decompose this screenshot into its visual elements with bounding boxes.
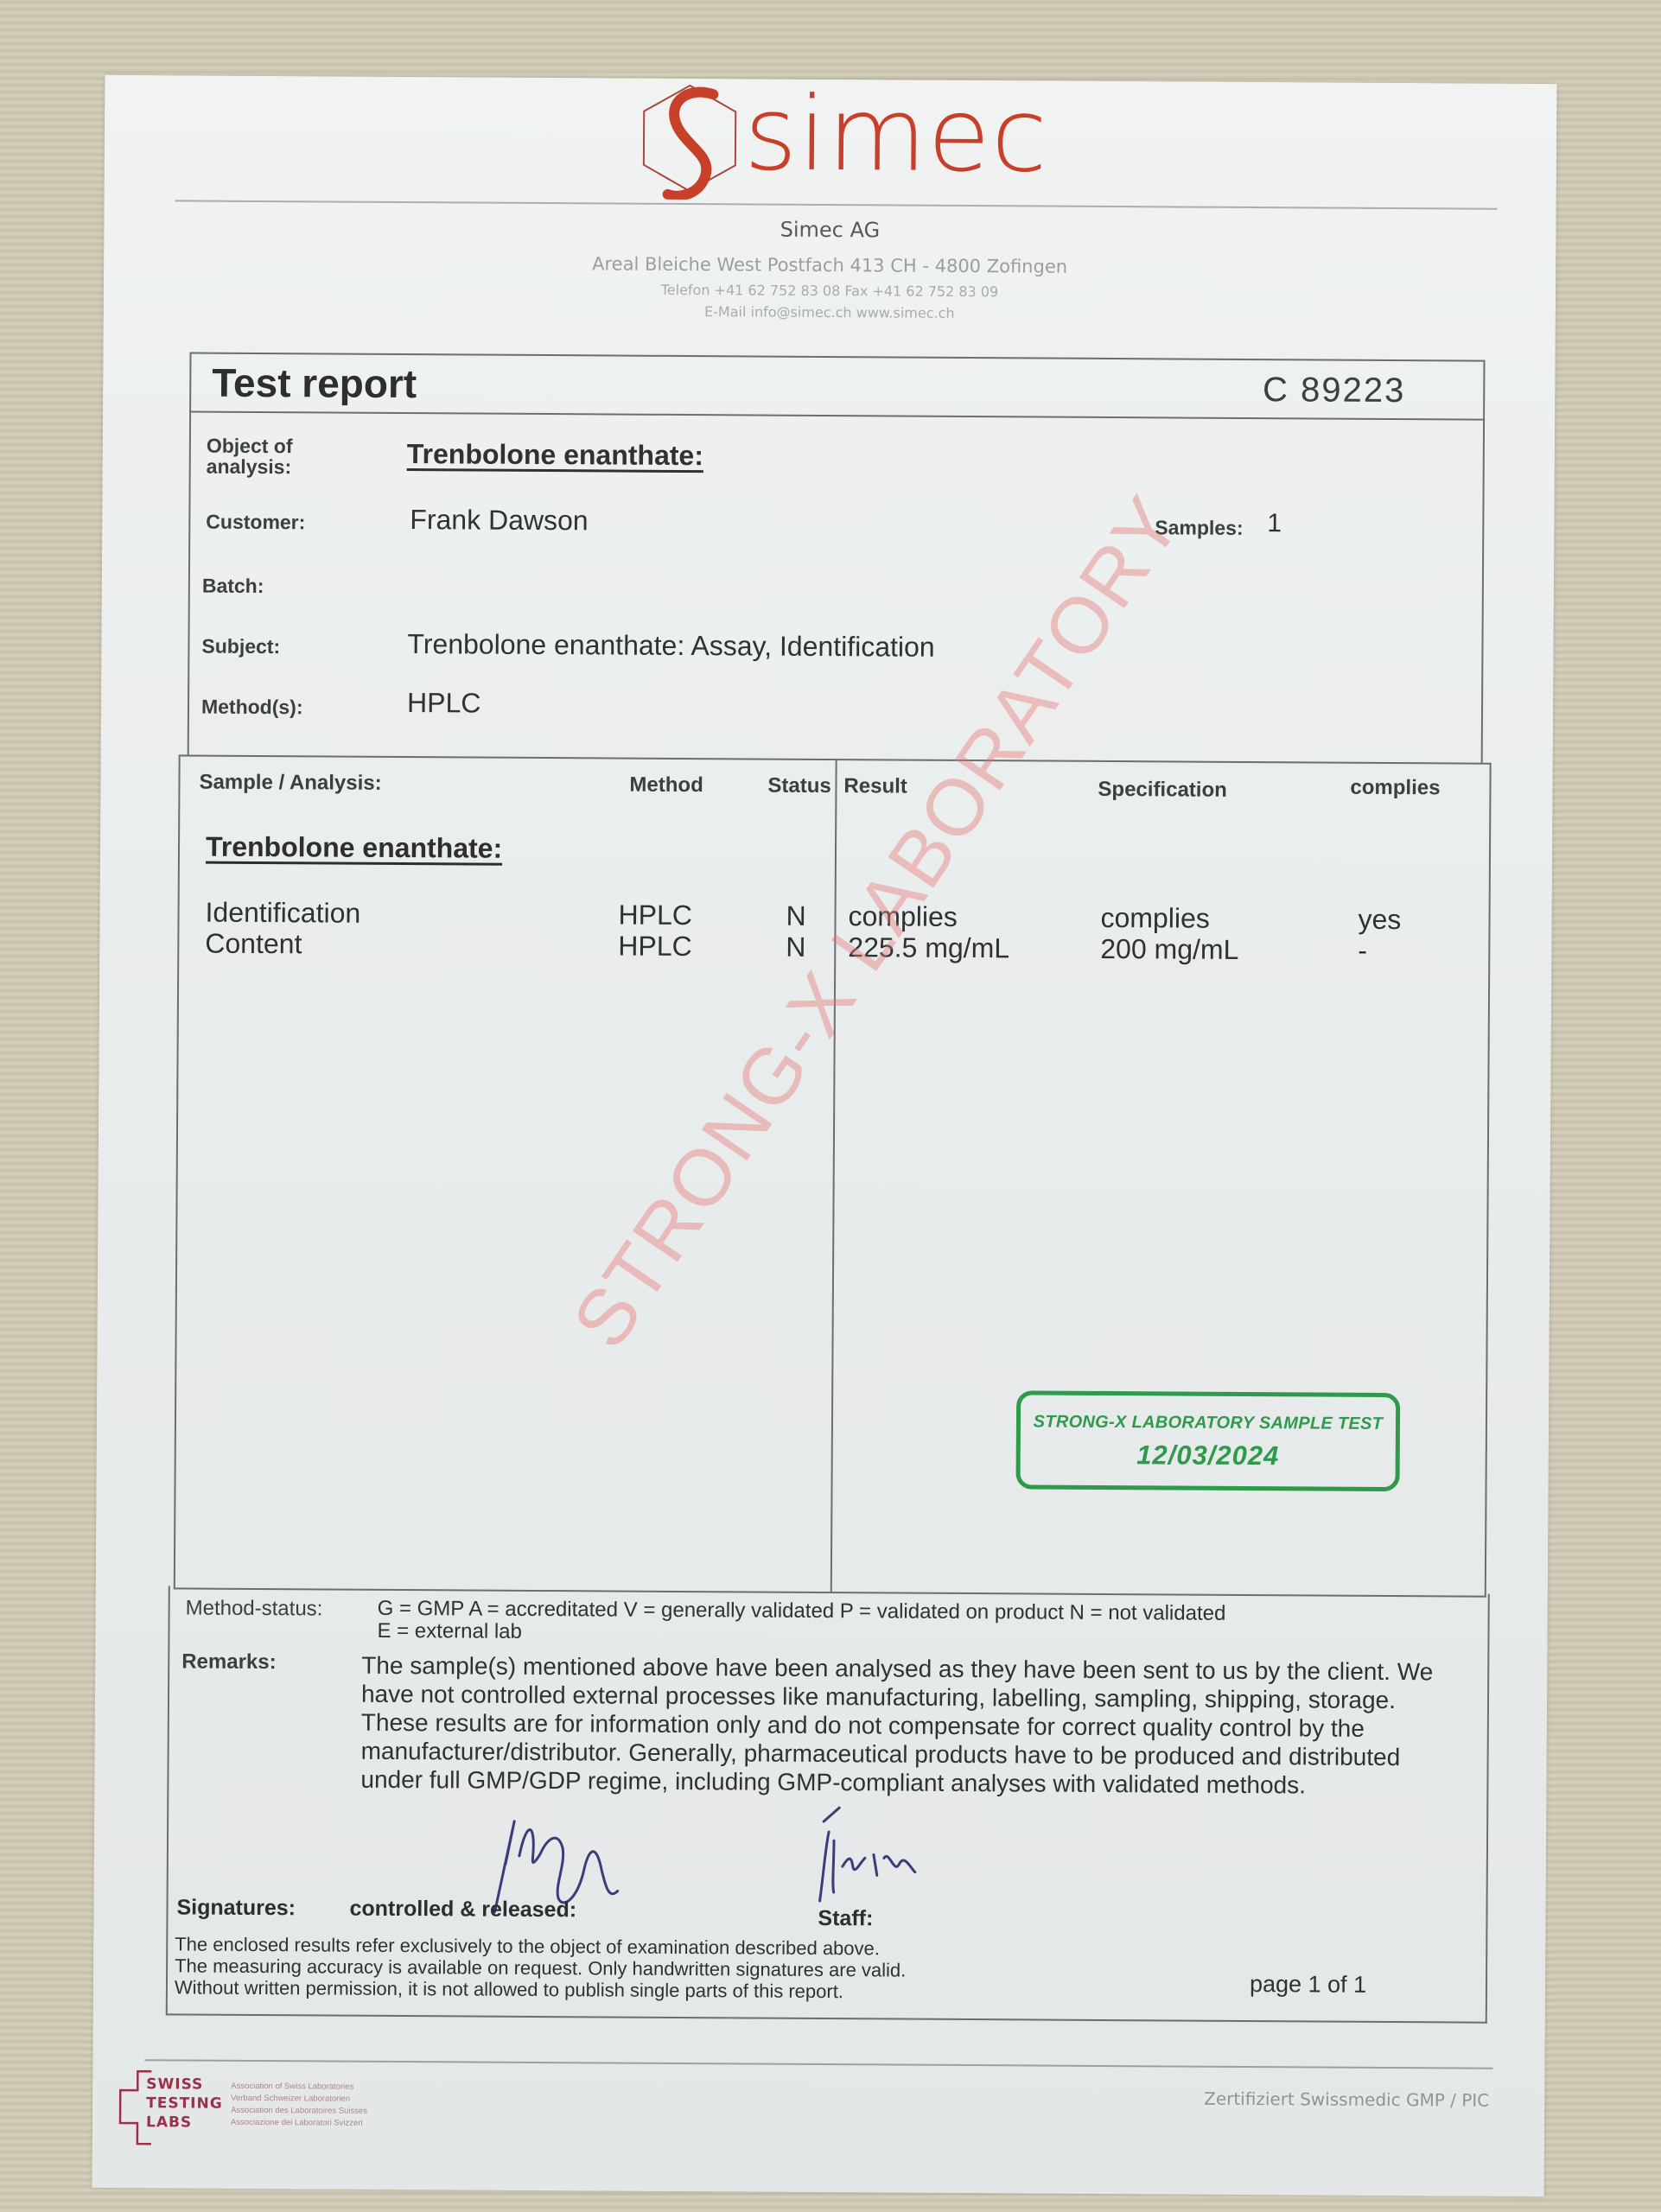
report-info: Object of analysis: Trenbolone enanthate…: [188, 410, 1485, 762]
subject-label: Subject:: [201, 636, 280, 658]
row-analysis: Content: [205, 928, 302, 960]
company-phone: Telefon +41 62 752 83 08 Fax +41 62 752 …: [104, 278, 1556, 303]
row-specification: complies: [1100, 902, 1209, 934]
disclaimer: The enclosed results refer exclusively t…: [175, 1933, 907, 2002]
stl-wordmark: SWISS TESTING LABS: [146, 2075, 223, 2133]
report-title: Test report: [212, 359, 417, 407]
samples-label: Samples:: [1155, 517, 1243, 538]
batch-label: Batch:: [202, 575, 264, 596]
col-header-complies: complies: [1350, 776, 1440, 801]
stl-association: Association of Swiss Laboratories Verban…: [231, 2081, 367, 2130]
row-result: 225.5 mg/mL: [848, 931, 1009, 963]
row-specification: 200 mg/mL: [1100, 933, 1238, 965]
logo-wordmark: simec: [744, 73, 1049, 194]
report-footer: Method-status: G = GMP A = accreditated …: [166, 1586, 1490, 2023]
stl-assoc-line: Associazione dei Laboratori Svizzeri: [231, 2117, 367, 2130]
methods-label: Method(s):: [201, 696, 303, 718]
row-method: HPLC: [618, 931, 692, 963]
staff-label: Staff:: [818, 1906, 873, 1931]
footer-divider: [144, 2059, 1492, 2069]
row-method: HPLC: [618, 899, 692, 931]
stamp-date: 12/03/2024: [1021, 1439, 1396, 1472]
company-contact: E-Mail info@simec.ch www.simec.ch: [104, 300, 1556, 325]
section-title: Trenbolone enanthate:: [206, 831, 502, 865]
stl-line: LABS: [146, 2113, 223, 2133]
stl-assoc-line: Verband Schweizer Laboratorien: [231, 2093, 367, 2106]
row-result: complies: [848, 900, 957, 932]
disclaimer-line: Without written permission, it is not al…: [175, 1976, 906, 2002]
report-header: Test report C 89223: [189, 352, 1485, 420]
stl-line: SWISS: [146, 2075, 223, 2094]
company-address: Areal Bleiche West Postfach 413 CH - 480…: [104, 251, 1556, 280]
customer-label: Customer:: [206, 512, 305, 533]
customer-value: Frank Dawson: [410, 504, 589, 537]
page-number: page 1 of 1: [1250, 1971, 1366, 1999]
row-status: N: [786, 900, 805, 931]
remarks-label: Remarks:: [181, 1649, 277, 1675]
remarks-text: The sample(s) mentioned above have been …: [360, 1651, 1450, 1801]
stl-assoc-line: Association of Swiss Laboratories: [231, 2081, 367, 2094]
col-header-specification: Specification: [1098, 778, 1227, 803]
report-reference: C 89223: [1263, 371, 1406, 410]
report-frame: Test report C 89223 Object of analysis: …: [180, 352, 1484, 2031]
results-table: Sample / Analysis: Method Status Result …: [174, 754, 1492, 1597]
subject-value: Trenbolone enanthate: Assay, Identificat…: [407, 628, 934, 664]
report-paper: simec Simec AG Areal Bleiche West Postfa…: [92, 75, 1557, 2196]
samples-value: 1: [1267, 509, 1282, 538]
col-header-status: Status: [767, 774, 831, 798]
signatures-label: Signatures:: [176, 1895, 296, 1921]
method-status-label: Method-status:: [186, 1596, 323, 1621]
signature-staff: [799, 1806, 947, 1910]
col-header-method: Method: [629, 773, 703, 798]
col-header-result: Result: [843, 774, 907, 798]
stl-assoc-line: Association des Laboratoires Suisses: [231, 2105, 367, 2118]
col-header-sample: Sample / Analysis:: [199, 771, 381, 796]
stl-line: TESTING: [146, 2094, 223, 2113]
lab-stamp: STRONG-X LABORATORY SAMPLE TEST 12/03/20…: [1016, 1390, 1401, 1491]
simec-hexagon-s-icon: [633, 79, 747, 200]
stamp-title: STRONG-X LABORATORY SAMPLE TEST: [1021, 1412, 1396, 1434]
controlled-released-label: controlled & released:: [349, 1897, 576, 1923]
object-label: Object of analysis:: [207, 435, 319, 478]
object-value: Trenbolone enanthate:: [407, 438, 703, 472]
column-divider: [830, 760, 837, 1592]
row-complies: -: [1358, 935, 1367, 966]
row-status: N: [786, 931, 805, 963]
row-complies: yes: [1358, 904, 1401, 935]
methods-value: HPLC: [407, 687, 481, 720]
simec-logo: simec: [633, 79, 1084, 211]
swiss-testing-labs-logo: SWISS TESTING LABS Association of Swiss …: [118, 2069, 482, 2158]
company-name: Simec AG: [104, 213, 1556, 246]
row-analysis: Identification: [205, 897, 360, 929]
method-status-legend: G = GMP A = accreditated V = generally v…: [377, 1598, 1225, 1648]
certification: Zertifiziert Swissmedic GMP / PIC: [1204, 2088, 1489, 2111]
